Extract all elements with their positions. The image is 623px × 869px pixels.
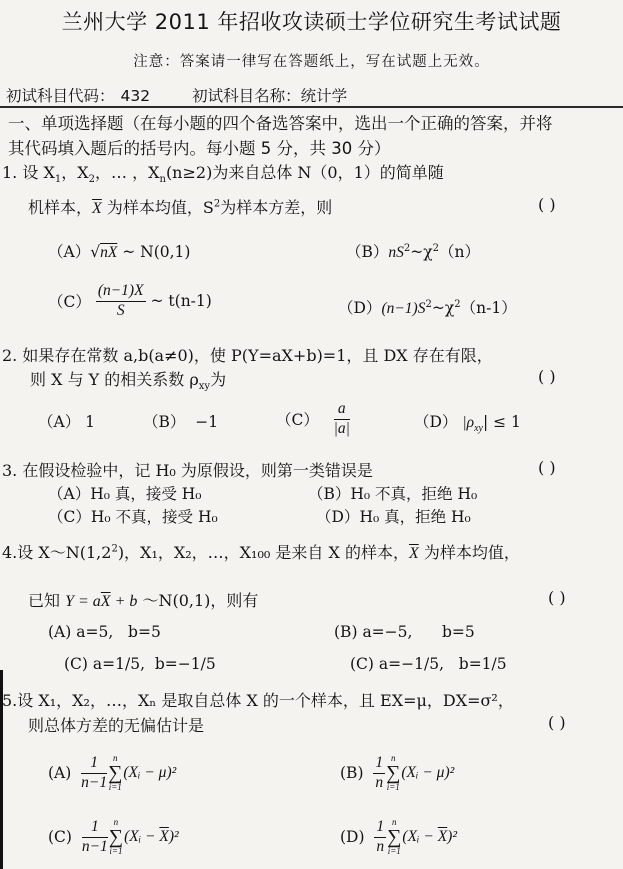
option-label: (B) [340, 764, 364, 782]
sigma-icon: ∑ [386, 763, 400, 783]
q3-option-c: （C）H₀ 不真，接受 H₀ [48, 505, 218, 527]
numerator: 1 [373, 754, 385, 774]
header-divider [0, 106, 623, 108]
option-label: (C) [48, 828, 72, 846]
expr: ~ N(0,1) [117, 243, 190, 261]
sum-lower: i=1 [109, 846, 122, 856]
option-value: |ρ [462, 414, 474, 431]
question-1-line2: 机样本，X 为样本均值，S2为样本方差，则 [28, 195, 332, 218]
option-label: （B） [346, 243, 388, 261]
q1-text: 设 X [22, 163, 54, 182]
sigma-icon: ∑ [108, 763, 122, 783]
q5-option-a: (A) 1n−1n∑i=1(Xᵢ − μ)² [48, 754, 176, 792]
coefficient-fraction: 1n−1 [81, 754, 107, 792]
summation: n∑i=1 [108, 754, 122, 792]
denominator: n−1 [81, 774, 107, 793]
option-text: a=5, b=5 [76, 623, 161, 641]
subject-info: 初试科目代码：432初试科目名称：统计学 [6, 84, 353, 106]
q5-option-c: (C) 1n−1n∑i=1(Xᵢ − X)² [48, 818, 179, 856]
q1-text: (n≥2)为来自总体 N（0，1）的简单随 [166, 163, 444, 182]
option-label: (C) [350, 655, 374, 673]
question-number: 5. [2, 691, 17, 710]
q1-text: 为样本均值，S [107, 198, 214, 217]
option-text: H₀ 不真，接受 H₀ [91, 508, 218, 526]
answer-blank-q1[interactable]: ( ) [538, 195, 556, 214]
expr: nS [388, 244, 404, 261]
option-label: （A） [38, 413, 80, 431]
expr: （n） [439, 243, 480, 261]
q5-text: 则总体方差的无偏估计是 [28, 716, 204, 735]
option-value: −1 [195, 413, 218, 431]
sigma-icon: ∑ [387, 827, 401, 847]
section-heading-line1: 一、单项选择题（在每小题的四个备选答案中，选出一个正确的答案，并将 [8, 110, 553, 134]
sqrt-symbol: √ [90, 243, 100, 261]
denominator: n−1 [82, 838, 108, 857]
q1-text: 机样本， [28, 198, 92, 217]
question-2-line1: 2. 如果存在常数 a,b(a≠0)，使 P(Y=aX+b)=1，且 DX 存在… [2, 343, 493, 366]
x-bar: X [438, 828, 447, 845]
q4-text: 为样本均值， [424, 543, 520, 562]
option-label: （D） [338, 299, 381, 317]
option-label: （B） [143, 413, 185, 431]
answer-blank-q3[interactable]: ( ) [538, 458, 556, 477]
subject-name-label: 初试科目名称： [192, 87, 301, 105]
question-1-line1: 1. 设 X1，X2，… ，Xn(n≥2)为来自总体 N（0，1）的简单随 [2, 160, 444, 185]
fraction: (n−1)XS [96, 282, 146, 320]
option-label: （C） [276, 411, 319, 429]
q2-option-d: （D） |ρxy| ≤ 1 [414, 410, 521, 434]
sum-lower: i=1 [388, 846, 401, 856]
expr: ~χ [410, 243, 432, 261]
denominator: |a| [334, 419, 350, 439]
summation: n∑i=1 [387, 818, 401, 856]
q1-option-d: （D）(n−1)S2~χ2（n-1） [338, 296, 517, 318]
coefficient-fraction: 1n−1 [82, 818, 108, 856]
option-text: a=−5, b=5 [362, 623, 474, 641]
q1-text: ，… ，X [95, 163, 159, 182]
term-part: )² [169, 828, 179, 845]
q5-option-d: (D) 1nn∑i=1(Xᵢ − X)² [340, 818, 457, 856]
q4-option-d: (C) a=−1/5, b=1/5 [350, 655, 507, 673]
option-text: H₀ 真，拒绝 H₀ [359, 508, 470, 526]
q3-option-a: （A）H₀ 真，接受 H₀ [48, 482, 202, 504]
q1-option-a: （A）√nX ~ N(0,1) [48, 240, 190, 262]
q3-option-b: （B）H₀ 不真，拒绝 H₀ [308, 482, 477, 504]
option-label: （D） [316, 508, 359, 526]
denominator: S [96, 302, 146, 321]
numerator: 1 [82, 818, 108, 838]
subject-code-label: 初试科目代码： [6, 87, 115, 105]
summation: n∑i=1 [386, 754, 400, 792]
option-label: （C） [48, 293, 91, 311]
subject-code: 432 [121, 87, 151, 105]
answer-blank-q2[interactable]: ( ) [538, 367, 556, 386]
q2-option-a: （A） 1 [38, 410, 95, 432]
exam-notice: 注意：答案请一律写在答题纸上，写在试题上无效。 [0, 50, 623, 71]
q2-text: 则 X 与 Y 的相关系数 ρ [30, 370, 199, 389]
term-part: )² [447, 828, 457, 845]
denominator: n [373, 774, 385, 793]
term: (Xᵢ − X)² [124, 828, 179, 845]
term-part: (Xᵢ − [402, 828, 437, 845]
q4-text: )，X₁，X₂，…，X₁₀₀ 是来自 X 的样本， [118, 543, 409, 562]
q4-text: 已知 [28, 591, 65, 610]
question-number: 2. [2, 346, 17, 365]
q2-text: 为 [210, 370, 226, 389]
option-label: （D） [414, 413, 457, 431]
option-label: (C) [64, 655, 88, 673]
option-value: 1 [85, 413, 95, 431]
numerator: 1 [374, 818, 386, 838]
section-heading-line2: 其代码填入题后的括号内。每小题 5 分，共 30 分） [8, 135, 390, 159]
q4-text: ～N(0,1)，则有 [137, 591, 258, 610]
answer-blank-q4[interactable]: ( ) [548, 588, 566, 607]
option-value: | ≤ 1 [483, 413, 521, 431]
numerator: (n−1)X [96, 282, 146, 302]
sub: xy [474, 423, 483, 434]
scan-edge-shadow [0, 670, 3, 869]
x-bar: X [409, 545, 419, 562]
q4-option-a: (A) a=5, b=5 [48, 623, 161, 641]
sum-lower: i=1 [109, 782, 122, 792]
option-text: a=−1/5, b=1/5 [379, 655, 507, 673]
question-number: 3. [2, 461, 17, 480]
expr: nX [100, 244, 117, 261]
sigma-icon: ∑ [109, 827, 123, 847]
sum-lower: i=1 [387, 782, 400, 792]
option-text: H₀ 不真，拒绝 H₀ [350, 485, 477, 503]
q5-text: 设 X₁，X₂，…，Xₙ 是取自总体 X 的一个样本，且 EX=μ，DX=σ²， [17, 691, 514, 710]
option-text: a=1/5, b=−1/5 [93, 655, 216, 673]
q4-option-c: (C) a=1/5, b=−1/5 [64, 655, 216, 673]
option-label: （C） [48, 508, 91, 526]
denominator: n [374, 838, 386, 857]
question-3-line1: 3. 在假设检验中，记 H₀ 为原假设，则第一类错误是 [2, 458, 373, 481]
question-5-line2: 则总体方差的无偏估计是 [28, 713, 204, 736]
q2-option-c: （C） a|a| [276, 400, 350, 438]
exam-title: 兰州大学 2011 年招收攻读硕士学位研究生考试试题 [0, 6, 623, 36]
q1-option-c: （C） (n−1)XS ~ t(n-1) [48, 282, 212, 320]
summation: n∑i=1 [109, 818, 123, 856]
term: (Xᵢ − X)² [402, 828, 457, 845]
option-label: (B) [334, 623, 358, 641]
expr: Y = aX + b [65, 593, 137, 610]
option-label: （A） [48, 485, 90, 503]
q2-option-b: （B） −1 [143, 410, 218, 432]
option-label: (D) [340, 828, 365, 846]
numerator: a [334, 400, 350, 419]
answer-blank-q5[interactable]: ( ) [548, 713, 566, 732]
q4-option-b: (B) a=−5, b=5 [334, 623, 475, 641]
question-5-line1: 5.设 X₁，X₂，…，Xₙ 是取自总体 X 的一个样本，且 EX=μ，DX=σ… [2, 688, 514, 711]
q3-text: 在假设检验中，记 H₀ 为原假设，则第一类错误是 [22, 461, 373, 480]
option-label: （B） [308, 485, 350, 503]
q4-text: 设 X～N(1,2 [17, 543, 111, 562]
question-number: 1. [2, 163, 17, 182]
expr: ~ t(n-1) [146, 292, 212, 310]
option-text: H₀ 真，接受 H₀ [90, 485, 201, 503]
q1-option-b: （B）nS2~χ2（n） [346, 240, 480, 262]
numerator: 1 [81, 754, 107, 774]
question-2-line2: 则 X 与 Y 的相关系数 ρxy为 [30, 367, 226, 392]
fraction: a|a| [334, 400, 350, 438]
q3-option-d: （D）H₀ 真，拒绝 H₀ [316, 505, 471, 527]
sub: xy [199, 381, 210, 392]
q2-text: 如果存在常数 a,b(a≠0)，使 P(Y=aX+b)=1，且 DX 存在有限， [22, 346, 492, 365]
subject-name: 统计学 [301, 87, 348, 105]
term: (Xᵢ − μ)² [401, 764, 454, 781]
expr: ~χ [432, 299, 454, 317]
question-4-line1: 4.设 X～N(1,22)，X₁，X₂，…，X₁₀₀ 是来自 X 的样本，X 为… [2, 540, 520, 563]
expr: （n-1） [461, 299, 517, 317]
coefficient-fraction: 1n [374, 818, 386, 856]
x-bar: X [159, 828, 168, 845]
q1-text: ，X [61, 163, 88, 182]
expr: (n−1)S [381, 300, 425, 317]
option-label: (A) [48, 623, 71, 641]
option-label: （A） [48, 243, 90, 261]
term-part: (Xᵢ − [124, 828, 159, 845]
q5-option-b: (B) 1nn∑i=1(Xᵢ − μ)² [340, 754, 454, 792]
question-number: 4. [2, 543, 17, 562]
term: (Xᵢ − μ)² [123, 764, 176, 781]
question-4-line2: 已知 Y = aX + b ～N(0,1)，则有 [28, 588, 258, 611]
x-bar: X [92, 200, 102, 217]
option-label: (A) [48, 764, 71, 782]
q1-text: 为样本方差，则 [220, 198, 332, 217]
coefficient-fraction: 1n [373, 754, 385, 792]
